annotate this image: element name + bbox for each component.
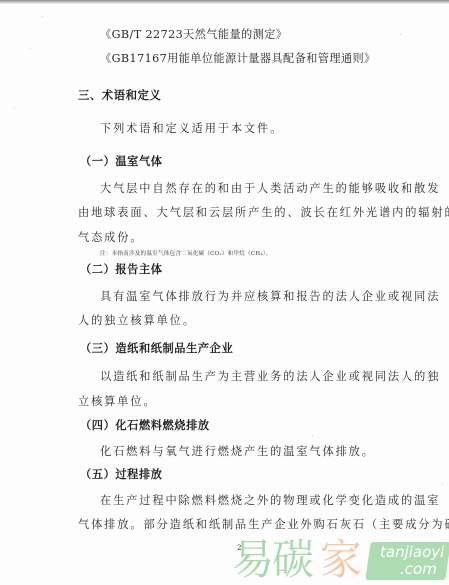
scan-speck (14, 108, 15, 109)
scan-speck (400, 34, 401, 35)
reference-gbt-22723: 《GB/T 22723天然气能量的测定》 (100, 28, 287, 42)
term-heading-reporting-entity: （二）报告主体 (80, 263, 163, 277)
watermark-char-jia: 家 (320, 536, 362, 584)
term-text: 大气层中自然存在的和由于人类活动产生的能够吸收和散发 (100, 182, 440, 196)
reference-gb-17167: 《GB17167用能单位能源计量器具配备和管理通则》 (100, 52, 376, 66)
term-text: 人的独立核算单位。 (78, 314, 196, 328)
term-heading-paper-enterprise: （三）造纸和纸制品生产企业 (80, 342, 233, 356)
term-text: 由地球表面、大气层和云层所产生的、波长在红外光谱内的辐射的 (78, 206, 449, 220)
section-title: 三、术语和定义 (78, 88, 161, 102)
watermark-url-domain: tanjiaoyi (380, 544, 444, 560)
scan-speck (42, 16, 43, 17)
term-text: 气态成份。 (78, 231, 143, 245)
watermark-char-tan: 碳 (272, 536, 314, 584)
term-text: 化石燃料与氧气进行燃烧产生的温室气体排放。 (100, 445, 375, 459)
term-text: 立核算单位。 (78, 395, 157, 409)
term-text: 具有温室气体排放行为并应核算和报告的法人企业或视同法 (100, 290, 440, 304)
term-heading-fossil-fuel-emission: （四）化石燃料燃烧排放 (80, 419, 210, 433)
watermark-char-yi: 易 (232, 536, 274, 584)
term-heading-process-emission: （五）过程排放 (80, 468, 163, 482)
watermark-url-tld: .com (400, 561, 437, 577)
scan-speck (312, 435, 313, 436)
term-text: 气体排放。部分造纸和纸制品生产企业外购石灰石（主要成分为碳 (78, 518, 449, 532)
page-top-edge (0, 0, 449, 4)
watermark-logo: 易 碳 家 tanjiaoyi .com (232, 536, 447, 584)
section-intro: 下列术语和定义适用于本文件。 (100, 122, 283, 136)
term-heading-greenhouse-gas: （一）温室气体 (80, 155, 163, 169)
term-note: 注：本指南涉及的温室气体包含二氧化碳（CO₂）和甲烷（CH₄）。 (100, 250, 272, 258)
term-text: 在生产过程中除燃料燃烧之外的物理或化学变化造成的温室 (100, 494, 440, 508)
scan-speck (442, 484, 443, 485)
scan-speck (30, 48, 31, 49)
term-text: 以造纸和纸制品生产为主营业务的法人企业或视同法人的独 (100, 370, 440, 384)
